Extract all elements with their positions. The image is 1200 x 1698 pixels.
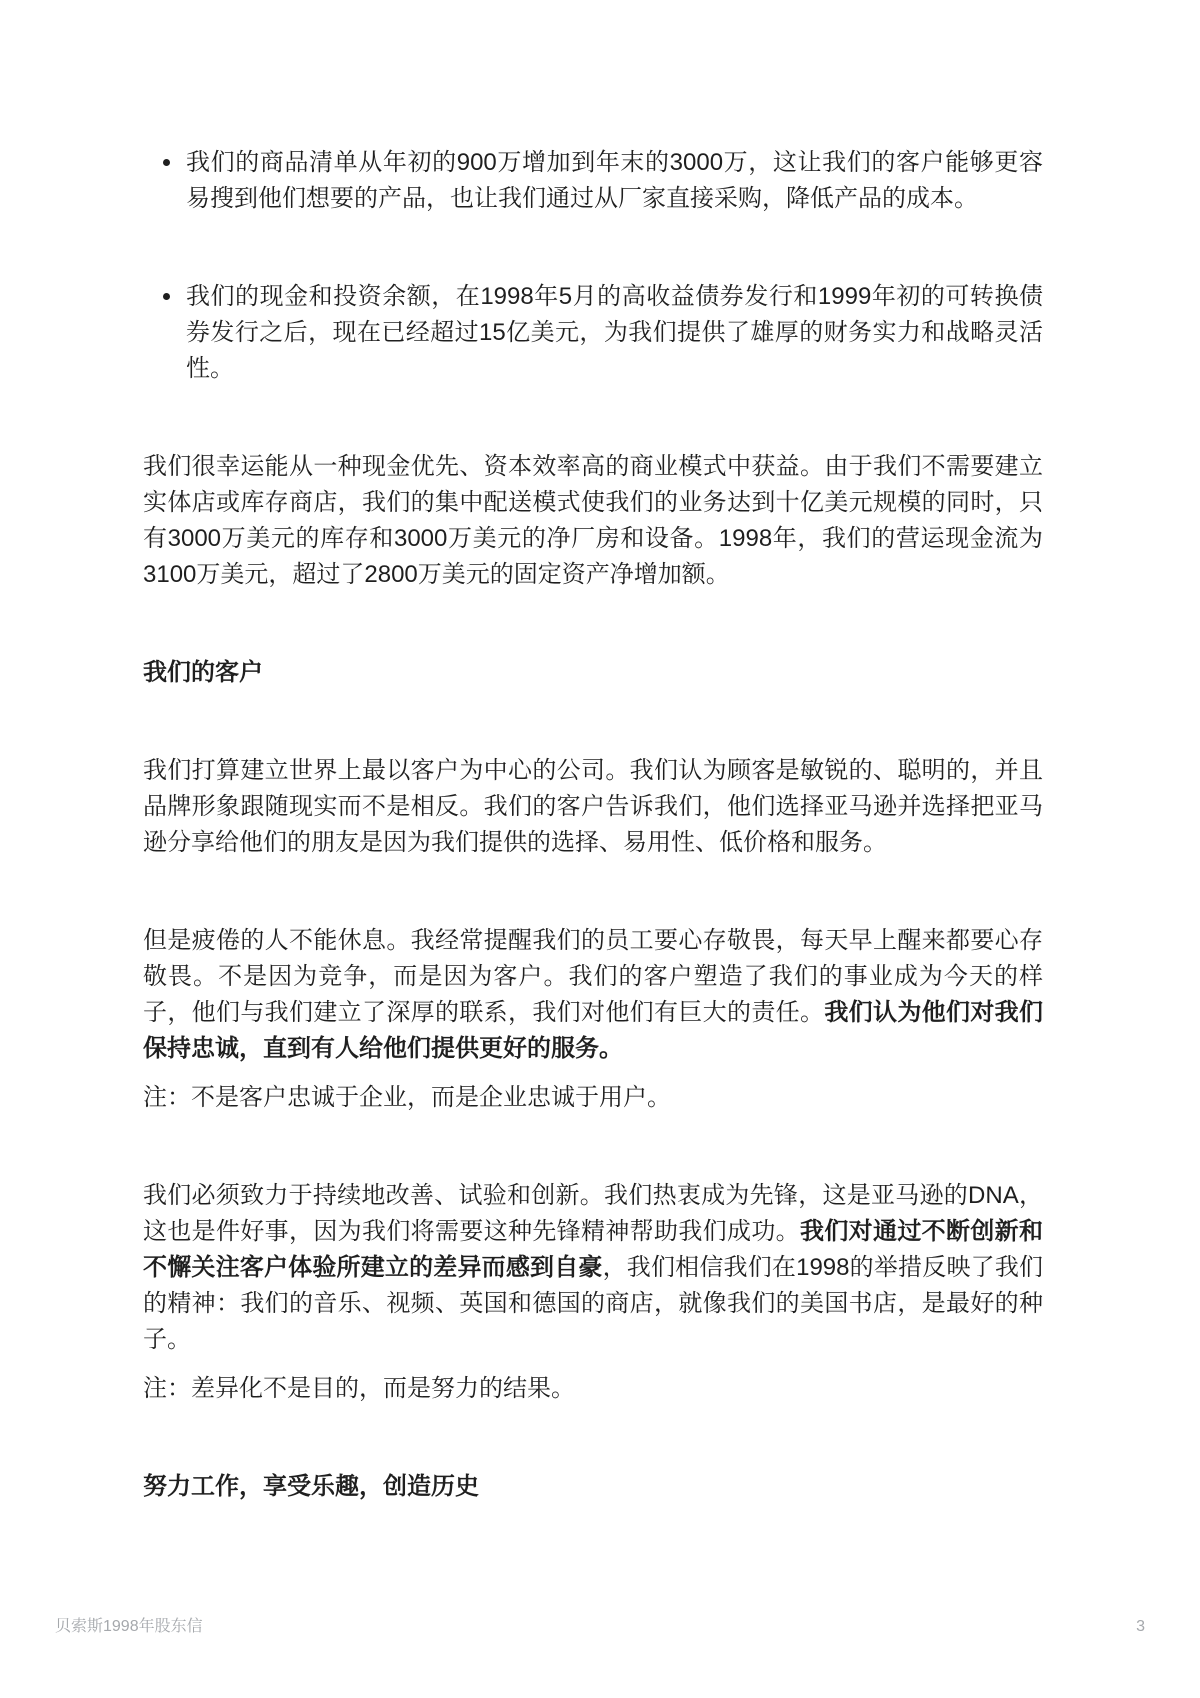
section-heading: 努力工作，享受乐趣，创造历史: [143, 1469, 1043, 1505]
bullet-text: 我们的现金和投资余额，在1998年5月的高收益债券发行和1999年初的可转换债券…: [186, 283, 1043, 382]
text-run: 我们很幸运能从一种现金优先、资本效率高的商业模式中获益。由于我们不需要建立实体店…: [143, 453, 1043, 588]
text-run: 注：不是客户忠诚于企业，而是企业忠诚于用户。: [143, 1084, 671, 1111]
text-run: 注：差异化不是目的，而是努力的结果。: [143, 1375, 575, 1402]
text-run: 我们的商品清单从年初的900万增加到年末的3000万，这让我们的客户能够更容易搜…: [186, 149, 1043, 212]
footer-document-title: 贝索斯1998年股东信: [55, 1617, 203, 1637]
bullet-item: 我们的商品清单从年初的900万增加到年末的3000万，这让我们的客户能够更容易搜…: [143, 145, 1043, 217]
text-run: 我们的客户: [143, 659, 263, 686]
text-run: 努力工作，享受乐趣，创造历史: [143, 1473, 479, 1500]
bullet-item: 我们的现金和投资余额，在1998年5月的高收益债券发行和1999年初的可转换债券…: [143, 279, 1043, 387]
note-paragraph: 注：差异化不是目的，而是努力的结果。: [143, 1371, 1043, 1407]
paragraph: 但是疲倦的人不能休息。我经常提醒我们的员工要心存敬畏，每天早上醒来都要心存敬畏。…: [143, 923, 1043, 1067]
paragraph: 我们打算建立世界上最以客户为中心的公司。我们认为顾客是敏锐的、聪明的，并且品牌形…: [143, 753, 1043, 861]
text-run: 我们打算建立世界上最以客户为中心的公司。我们认为顾客是敏锐的、聪明的，并且品牌形…: [143, 757, 1043, 856]
document-content: 我们的商品清单从年初的900万增加到年末的3000万，这让我们的客户能够更容易搜…: [143, 0, 1043, 1505]
paragraph: 我们很幸运能从一种现金优先、资本效率高的商业模式中获益。由于我们不需要建立实体店…: [143, 449, 1043, 593]
bullet-text: 我们的商品清单从年初的900万增加到年末的3000万，这让我们的客户能够更容易搜…: [186, 149, 1043, 212]
note-paragraph: 注：不是客户忠诚于企业，而是企业忠诚于用户。: [143, 1080, 1043, 1116]
text-run: 我们的现金和投资余额，在1998年5月的高收益债券发行和1999年初的可转换债券…: [186, 283, 1043, 382]
section-heading: 我们的客户: [143, 655, 1043, 691]
page-footer: 贝索斯1998年股东信 3: [55, 1617, 1145, 1637]
bullet-icon: [163, 293, 170, 300]
bullet-icon: [163, 159, 170, 166]
paragraph: 我们必须致力于持续地改善、试验和创新。我们热衷成为先锋，这是亚马逊的DNA，这也…: [143, 1178, 1043, 1358]
footer-page-number: 3: [1136, 1617, 1145, 1637]
